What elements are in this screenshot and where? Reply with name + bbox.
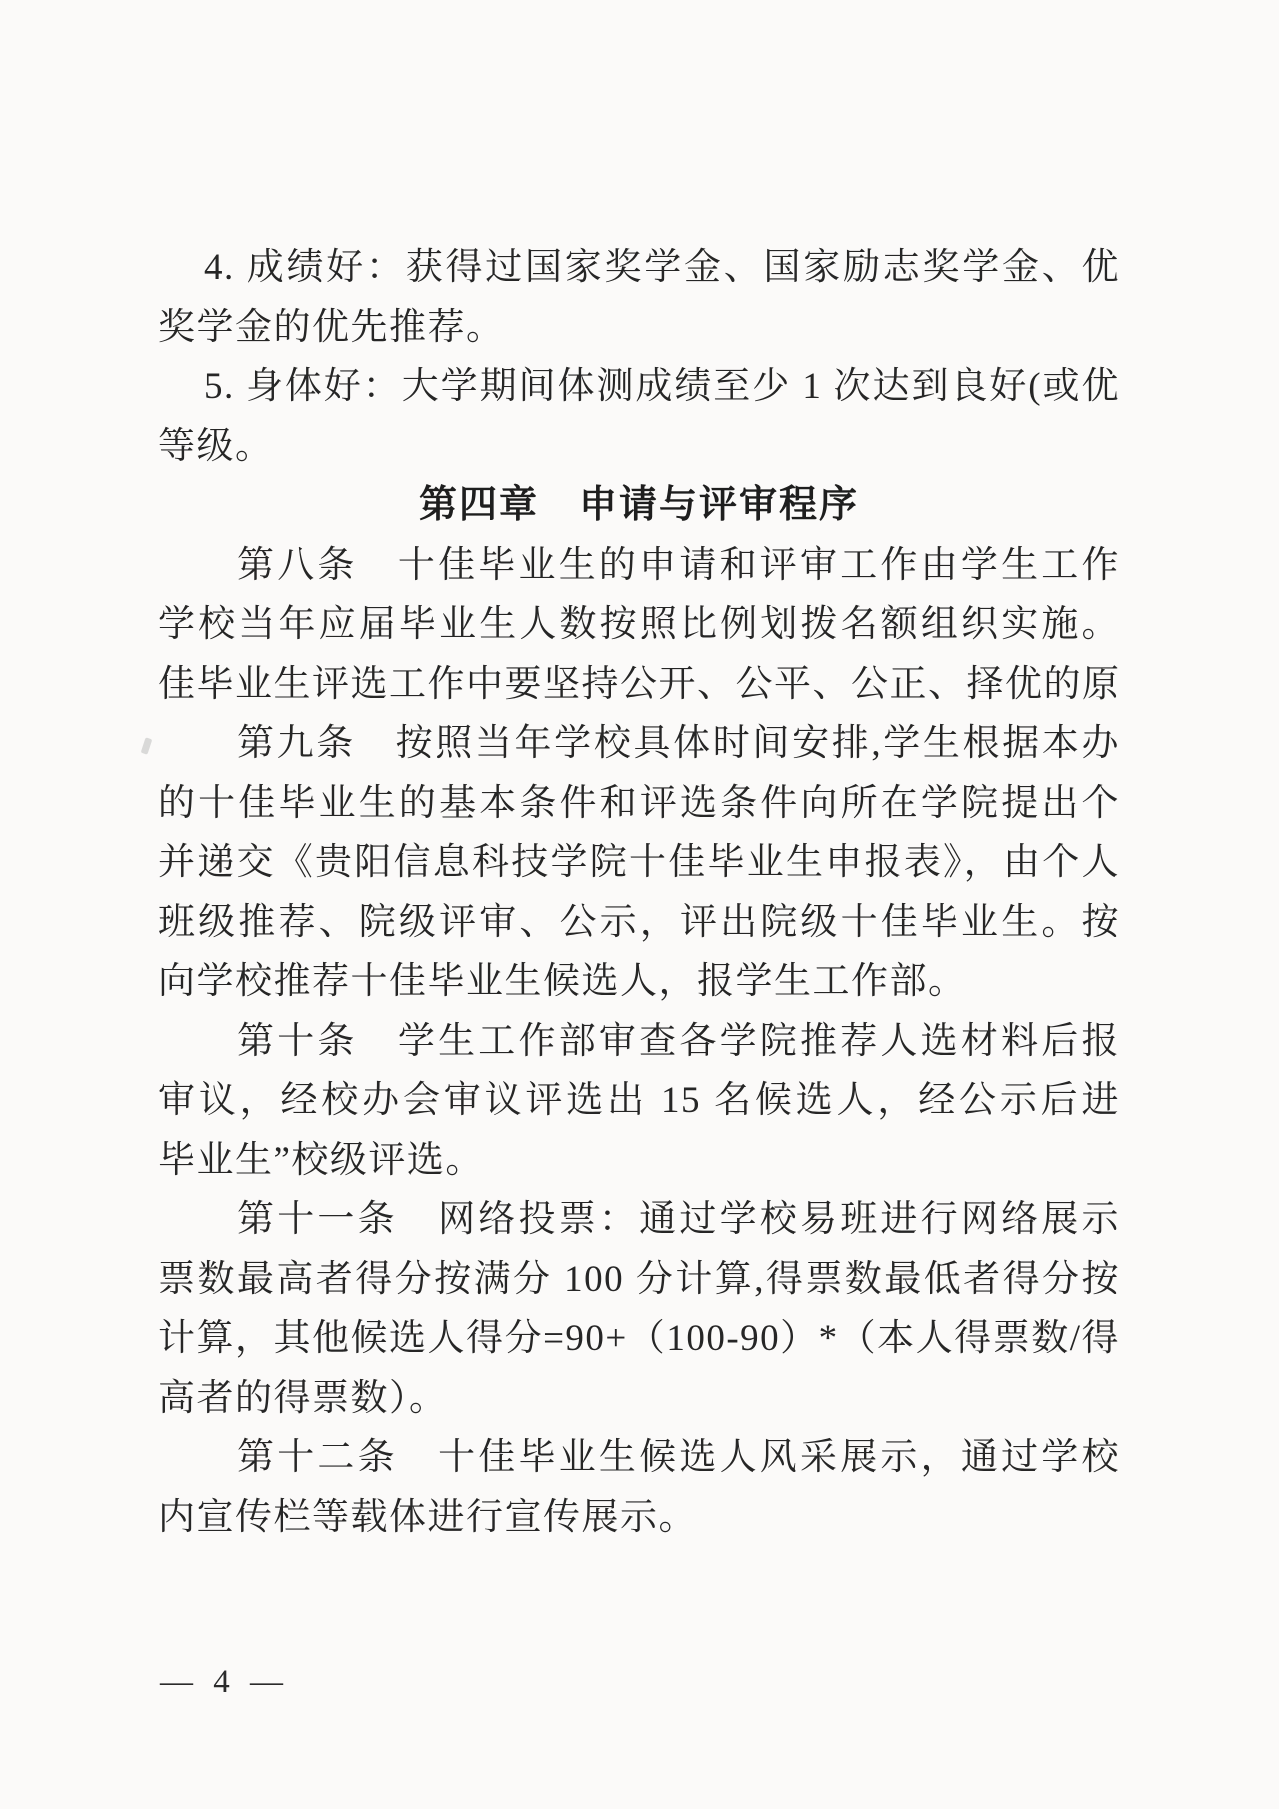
paragraph-article-9: 第九条 按照当年学校具体时间安排,学生根据本办法规定 的十佳毕业生的基本条件和评… [158,714,1120,1012]
document-line: 第十条 学生工作部审查各学院推荐人选材料后报校办会 [158,1012,1120,1072]
page-number: — 4 — [160,1655,289,1709]
document-line: 学校当年应届毕业生人数按照比例划拨名额组织实施。在开展十 [158,595,1120,655]
document-line: 向学校推荐十佳毕业生候选人，报学生工作部。 [158,952,1120,1012]
document-line: 审议，经校办会审议评选出 15 名候选人，经公示后进入“十佳 [158,1071,1120,1131]
document-page: 4. 成绩好：获得过国家奖学金、国家励志奖学金、优秀学生 奖学金的优先推荐。 5… [0,0,1279,1809]
document-line: 毕业生”校级评选。 [158,1131,1120,1191]
document-line: 4. 成绩好：获得过国家奖学金、国家励志奖学金、优秀学生 [158,238,1120,298]
chapter-heading: 第四章 申请与评审程序 [158,476,1120,536]
document-line: 等级。 [158,417,1120,477]
document-line: 票数最高者得分按满分 100 分计算,得票数最低者得分按 90 分 [158,1250,1120,1310]
scan-artifact [141,737,153,754]
document-line: 第九条 按照当年学校具体时间安排,学生根据本办法规定 [158,714,1120,774]
paragraph-article-8: 第八条 十佳毕业生的申请和评审工作由学生工作部根据 学校当年应届毕业生人数按照比… [158,536,1120,715]
paragraph-article-12: 第十二条 十佳毕业生候选人风采展示，通过学校官网、校 内宣传栏等载体进行宣传展示… [158,1428,1120,1547]
document-line: 奖学金的优先推荐。 [158,298,1120,358]
document-line: 佳毕业生评选工作中要坚持公开、公平、公正、择优的原则。 [158,655,1120,715]
document-line: 第八条 十佳毕业生的申请和评审工作由学生工作部根据 [158,536,1120,596]
document-line: 并递交《贵阳信息科技学院十佳毕业生申报表》，由个人申报、 [158,833,1120,893]
document-line: 第十一条 网络投票：通过学校易班进行网络展示投票，得 [158,1190,1120,1250]
paragraph-item-5: 5. 身体好：大学期间体测成绩至少 1 次达到良好(或优秀) 等级。 [158,357,1120,476]
paragraph-article-11: 第十一条 网络投票：通过学校易班进行网络展示投票，得 票数最高者得分按满分 10… [158,1190,1120,1428]
document-line: 高者的得票数）。 [158,1369,1120,1429]
paragraph-article-10: 第十条 学生工作部审查各学院推荐人选材料后报校办会 审议，经校办会审议评选出 1… [158,1012,1120,1191]
paragraph-item-4: 4. 成绩好：获得过国家奖学金、国家励志奖学金、优秀学生 奖学金的优先推荐。 [158,238,1120,357]
document-line: 5. 身体好：大学期间体测成绩至少 1 次达到良好(或优秀) [158,357,1120,417]
document-line: 内宣传栏等载体进行宣传展示。 [158,1488,1120,1548]
document-line: 第十二条 十佳毕业生候选人风采展示，通过学校官网、校 [158,1428,1120,1488]
document-line: 班级推荐、院级评审、公示，评出院级十佳毕业生。按名额择优 [158,893,1120,953]
document-line: 计算，其他候选人得分=90+（100-90）*（本人得票数/得票数最 [158,1309,1120,1369]
document-line: 的十佳毕业生的基本条件和评选条件向所在学院提出个人申请, [158,774,1120,834]
document-body: 4. 成绩好：获得过国家奖学金、国家励志奖学金、优秀学生 奖学金的优先推荐。 5… [158,238,1120,1547]
